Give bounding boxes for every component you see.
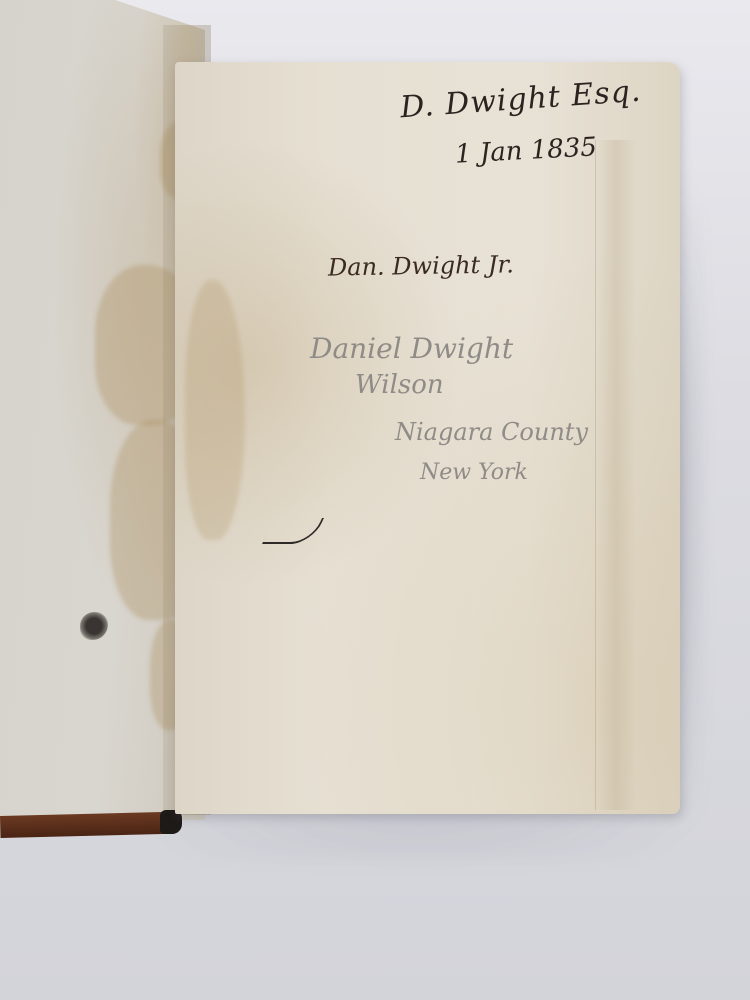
photo-scene: D. Dwight Esq. 1 Jan 1835 Dan. Dwight Jr… bbox=[0, 0, 750, 1000]
pencil-inscription-line: New York bbox=[420, 460, 528, 485]
pencil-inscription-line: Wilson bbox=[355, 370, 444, 400]
leather-cover-edge bbox=[0, 812, 175, 838]
page-crease bbox=[595, 140, 636, 810]
pencil-inscription-line: Niagara County bbox=[395, 418, 588, 446]
inscription-signature-middle: Dan. Dwight Jr. bbox=[328, 250, 514, 281]
pencil-inscription-line: Daniel Dwight bbox=[310, 332, 513, 365]
